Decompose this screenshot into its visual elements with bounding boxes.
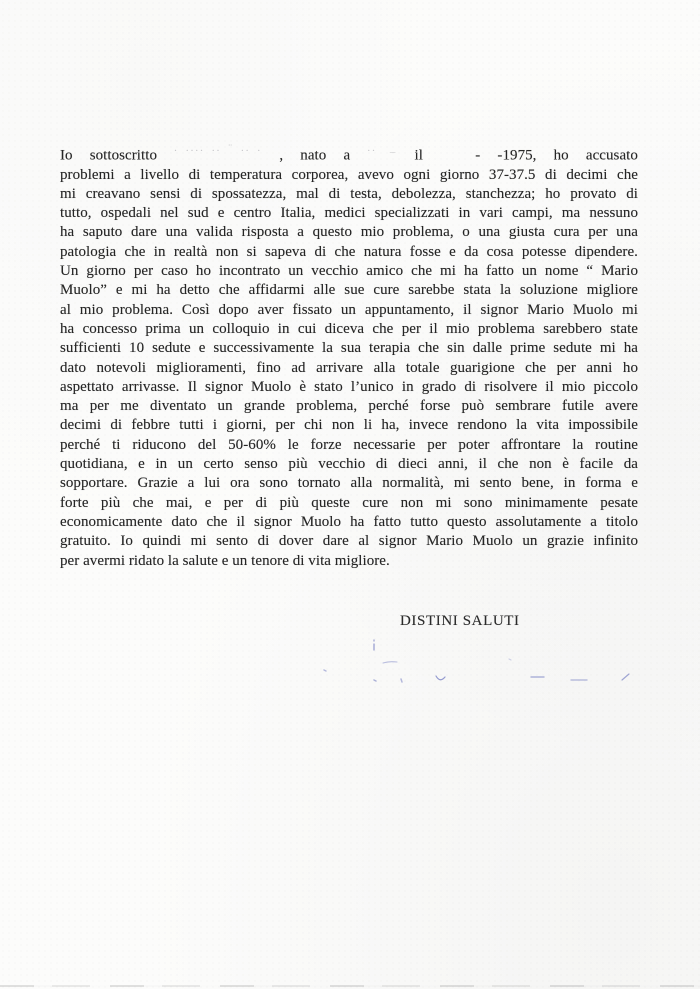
letter-lines: problemi a livello di temperatura corpor… xyxy=(60,166,638,571)
scanned-letter-page: Io sottoscritto . .... .. ¨ .. . , nato … xyxy=(0,0,700,989)
erased-ink-trace: .. _ xyxy=(367,142,397,154)
letter-line: economicamente dato che il signor Muolo … xyxy=(60,513,638,532)
letter-line: mi creavano sensi di spossatezza, mal di… xyxy=(60,185,638,204)
letter-line: Muolo” e mi ha detto che affidarmi alle … xyxy=(60,281,638,300)
letter-opening-line: Io sottoscritto . .... .. ¨ .. . , nato … xyxy=(60,139,638,166)
letter-line: per avermi ridato la salute e un tenore … xyxy=(60,552,638,571)
letter-line: al mio problema. Così dopo aver fissato … xyxy=(60,301,638,320)
letter-line: aspettato arrivasse. Il signor Muolo è s… xyxy=(60,378,638,397)
letter-body: Io sottoscritto . .... .. ¨ .. . , nato … xyxy=(60,139,638,571)
letter-line: Un giorno per caso ho incontrato un vecc… xyxy=(60,262,638,281)
letter-line: tutto, ospedali nel sud e centro Italia,… xyxy=(60,204,638,223)
letter-line: patologia che in realtà non si sapeva di… xyxy=(60,243,638,262)
signature-strokes xyxy=(300,638,640,690)
letter-line: perché ti riducono del 50-60% le forze n… xyxy=(60,436,638,455)
letter-line: quotidiana, e in un certo senso più vecc… xyxy=(60,455,638,474)
letter-line: sopportare. Grazie a lui ora sono tornat… xyxy=(60,474,638,493)
redacted-name: . .... .. ¨ .. . xyxy=(174,139,262,159)
redacted-birthplace: .. _ xyxy=(367,139,397,159)
opening-text-io-sottoscritto: Io sottoscritto xyxy=(60,147,157,163)
letter-line: gratuito. Io quindi mi sento di dover da… xyxy=(60,532,638,551)
closing-salutation: DISTINI SALUTI xyxy=(400,613,520,630)
opening-text-nato-a: , nato a xyxy=(279,147,350,163)
letter-line: forte più che mai, e per di più queste c… xyxy=(60,494,638,513)
opening-text-year: - -1975, ho accusato xyxy=(475,147,638,163)
letter-line: ha saputo dare una valida risposta a que… xyxy=(60,223,638,242)
scan-edge-artifact xyxy=(0,985,700,987)
letter-line: ha concesso prima un colloquio in cui di… xyxy=(60,320,638,339)
erased-ink-trace: . .... .. ¨ .. . xyxy=(174,142,262,154)
letter-line: decimi di febbre tutti i giorni, per chi… xyxy=(60,416,638,435)
letter-line: ma per me diventato un grande problema, … xyxy=(60,397,638,416)
opening-text-il: il xyxy=(414,147,422,163)
letter-line: dato notevoli miglioramenti, fino ad arr… xyxy=(60,359,638,378)
letter-line: problemi a livello di temperatura corpor… xyxy=(60,166,638,185)
letter-line: sufficienti 10 sedute e successivamente … xyxy=(60,339,638,358)
